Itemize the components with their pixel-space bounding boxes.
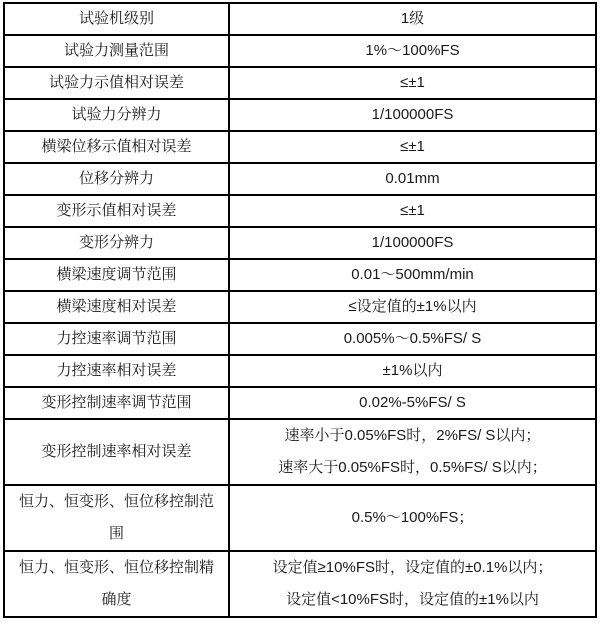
spec-value: 1/100000FS: [229, 99, 596, 131]
table-row: 恒力、恒变形、恒位移控制范围 0.5%～100%FS；: [4, 485, 596, 551]
spec-value: ≤设定值的±1%以内: [229, 291, 596, 323]
spec-label: 试验力分辨力: [4, 99, 229, 131]
table-row: 变形控制速率调节范围 0.02%-5%FS/ S: [4, 387, 596, 419]
table-row: 变形控制速率相对误差 速率小于0.05%FS时，2%FS/ S以内； 速率大于0…: [4, 419, 596, 485]
spec-label: 变形示值相对误差: [4, 195, 229, 227]
spec-label: 变形控制速率相对误差: [4, 419, 229, 485]
spec-label: 横梁位移示值相对误差: [4, 131, 229, 163]
spec-label: 力控速率相对误差: [4, 355, 229, 387]
spec-label: 横梁速度调节范围: [4, 259, 229, 291]
spec-label: 力控速率调节范围: [4, 323, 229, 355]
spec-value: 设定值≥10%FS时，设定值的±0.1%以内； 设定值<10%FS时，设定值的±…: [229, 551, 596, 617]
spec-label: 试验力示值相对误差: [4, 67, 229, 99]
spec-value: 1%～100%FS: [229, 35, 596, 67]
table-row: 变形分辨力 1/100000FS: [4, 227, 596, 259]
spec-value: 0.01mm: [229, 163, 596, 195]
spec-value: ≤±1: [229, 195, 596, 227]
spec-value: 1级: [229, 3, 596, 35]
spec-value: ≤±1: [229, 131, 596, 163]
table-row: 横梁速度相对误差 ≤设定值的±1%以内: [4, 291, 596, 323]
spec-value: 0.01～500mm/min: [229, 259, 596, 291]
spec-label: 试验机级别: [4, 3, 229, 35]
spec-label: 试验力测量范围: [4, 35, 229, 67]
table-row: 横梁位移示值相对误差 ≤±1: [4, 131, 596, 163]
spec-value: 0.005%～0.5%FS/ S: [229, 323, 596, 355]
table-row: 力控速率相对误差 ±1%以内: [4, 355, 596, 387]
spec-value: 1/100000FS: [229, 227, 596, 259]
table-row: 位移分辨力 0.01mm: [4, 163, 596, 195]
spec-table: 试验机级别 1级 试验力测量范围 1%～100%FS 试验力示值相对误差 ≤±1…: [3, 2, 597, 618]
spec-label: 变形控制速率调节范围: [4, 387, 229, 419]
spec-label: 位移分辨力: [4, 163, 229, 195]
table-row: 试验机级别 1级: [4, 3, 596, 35]
spec-value: 0.02%-5%FS/ S: [229, 387, 596, 419]
table-row: 试验力测量范围 1%～100%FS: [4, 35, 596, 67]
spec-document-page: 试验机级别 1级 试验力测量范围 1%～100%FS 试验力示值相对误差 ≤±1…: [0, 0, 607, 618]
spec-label: 恒力、恒变形、恒位移控制范围: [4, 485, 229, 551]
spec-label: 恒力、恒变形、恒位移控制精确度: [4, 551, 229, 617]
spec-value: 0.5%～100%FS；: [229, 485, 596, 551]
table-row: 恒力、恒变形、恒位移控制精确度 设定值≥10%FS时，设定值的±0.1%以内； …: [4, 551, 596, 617]
table-row: 横梁速度调节范围 0.01～500mm/min: [4, 259, 596, 291]
spec-label: 变形分辨力: [4, 227, 229, 259]
table-row: 变形示值相对误差 ≤±1: [4, 195, 596, 227]
spec-label: 横梁速度相对误差: [4, 291, 229, 323]
table-row: 力控速率调节范围 0.005%～0.5%FS/ S: [4, 323, 596, 355]
spec-value: ≤±1: [229, 67, 596, 99]
table-row: 试验力分辨力 1/100000FS: [4, 99, 596, 131]
spec-value: 速率小于0.05%FS时，2%FS/ S以内； 速率大于0.05%FS时，0.5…: [229, 419, 596, 485]
table-row: 试验力示值相对误差 ≤±1: [4, 67, 596, 99]
spec-value: ±1%以内: [229, 355, 596, 387]
